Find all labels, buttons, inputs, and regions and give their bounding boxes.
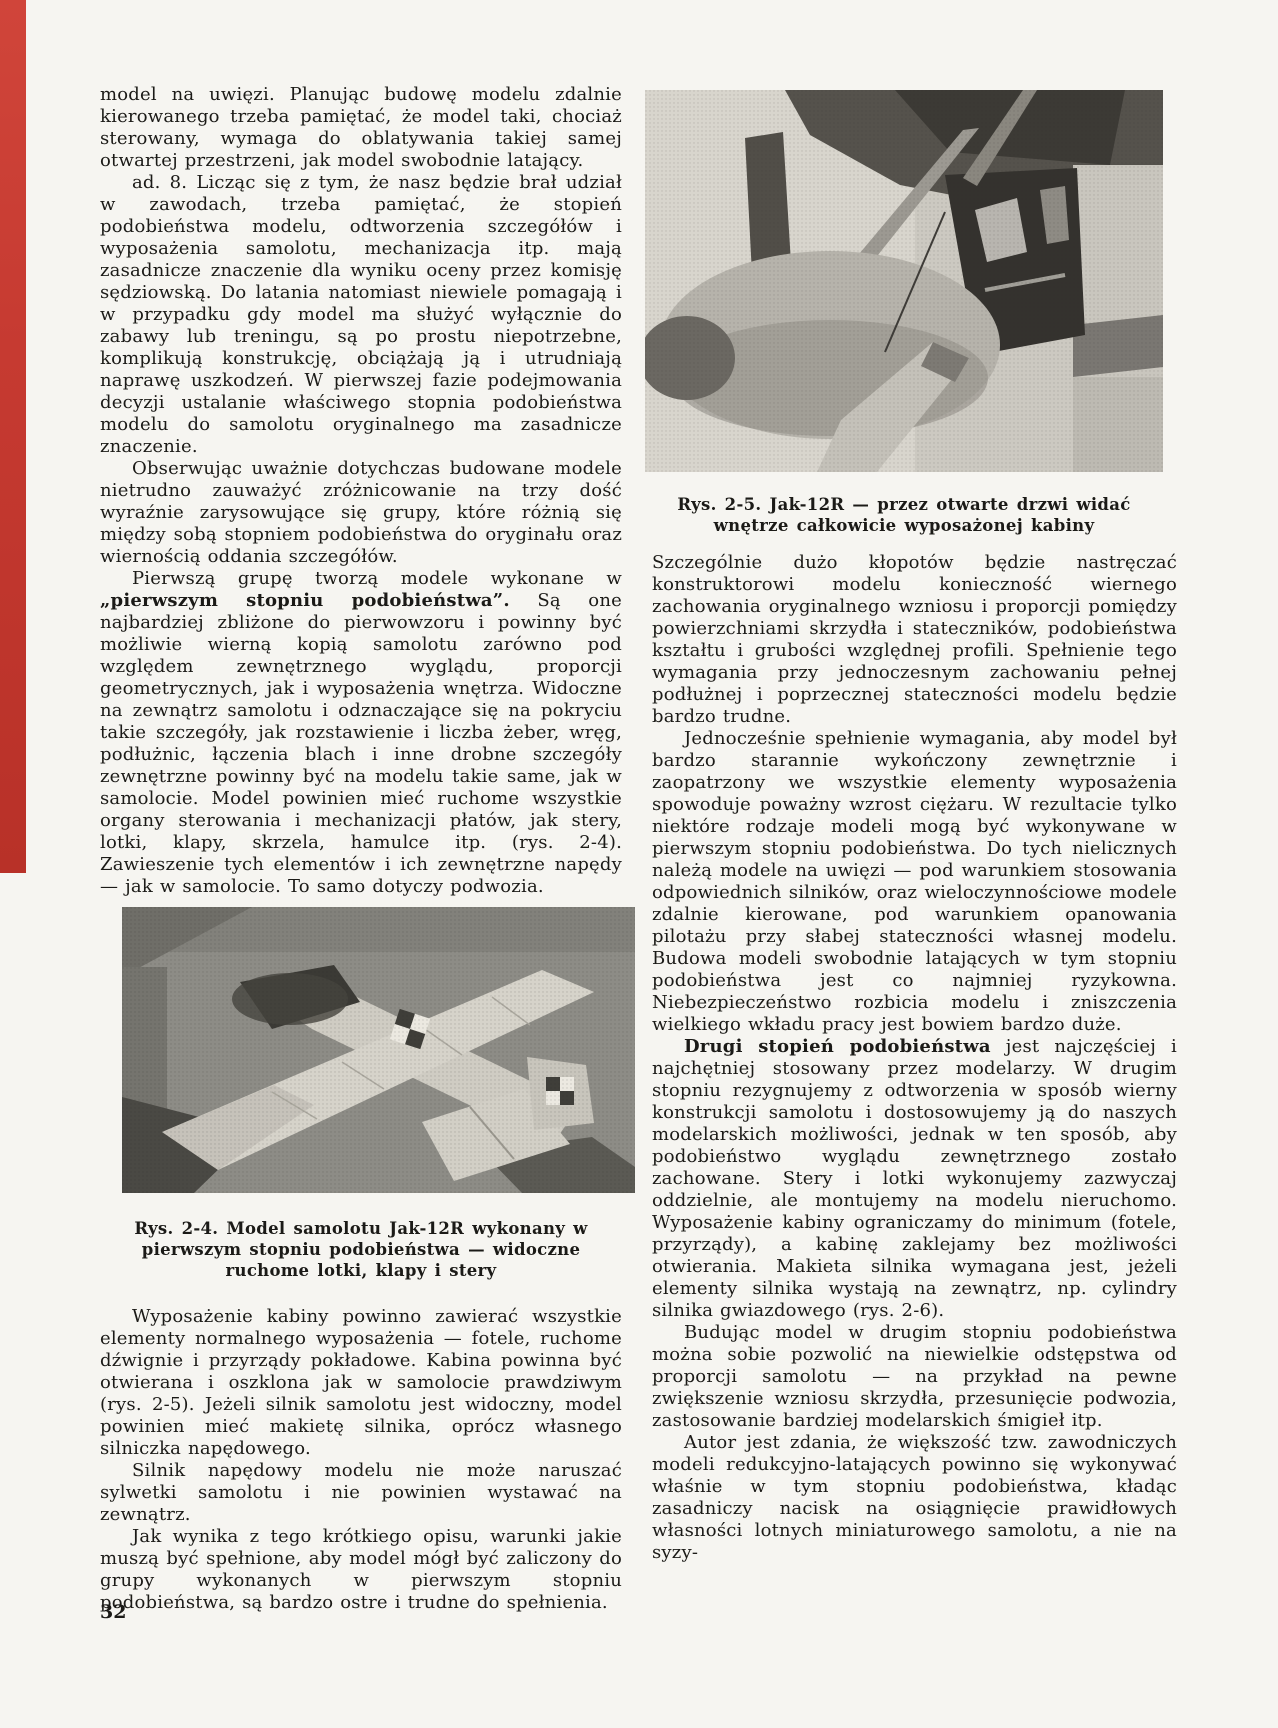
page-edge-red-bar: [0, 0, 26, 873]
figure-2-5-photo-jak12r-cabin: [645, 90, 1163, 472]
paragraph: Pierwszą grupę tworzą modele wykonane w …: [100, 568, 622, 898]
paragraph: Drugi stopień podobieństwa jest najczęśc…: [652, 1036, 1177, 1322]
figure-2-5-caption: Rys. 2-5. Jak-12R — przez otwarte drzwi …: [645, 494, 1163, 536]
paragraph: ad. 8. Licząc się z tym, że nasz będzie …: [100, 172, 622, 458]
paragraph: Obserwując uważnie dotychczas budowane m…: [100, 458, 622, 568]
paragraph: Silnik napędowy modelu nie może naruszać…: [100, 1460, 622, 1526]
paragraph: Szczególnie dużo kłopotów będzie nastręc…: [652, 552, 1177, 728]
left-column-text-top: model na uwięzi. Planując budowę modelu …: [100, 84, 622, 898]
page-number: 32: [100, 1601, 126, 1623]
figure-2-4-caption: Rys. 2-4. Model samolotu Jak-12R wykonan…: [100, 1218, 622, 1281]
figure-2-4-photo-jak12r-model: [122, 907, 635, 1193]
paragraph: model na uwięzi. Planując budowę modelu …: [100, 84, 622, 172]
model-airplane-photo-illustration: [122, 907, 635, 1193]
paragraph: Wyposażenie kabiny powinno zawierać wszy…: [100, 1306, 622, 1460]
right-column-text: Szczególnie dużo kłopotów będzie nastręc…: [652, 552, 1177, 1564]
paragraph: Autor jest zdania, że większość tzw. zaw…: [652, 1432, 1177, 1564]
jak12r-cabin-photo-illustration: [645, 90, 1163, 472]
paragraph: Budując model w drugim stopniu podobieńs…: [652, 1322, 1177, 1432]
paragraph: Jednocześnie spełnienie wymagania, aby m…: [652, 728, 1177, 1036]
paragraph: Jak wynika z tego krótkiego opisu, warun…: [100, 1526, 622, 1614]
left-column-text-bottom: Wyposażenie kabiny powinno zawierać wszy…: [100, 1306, 622, 1614]
